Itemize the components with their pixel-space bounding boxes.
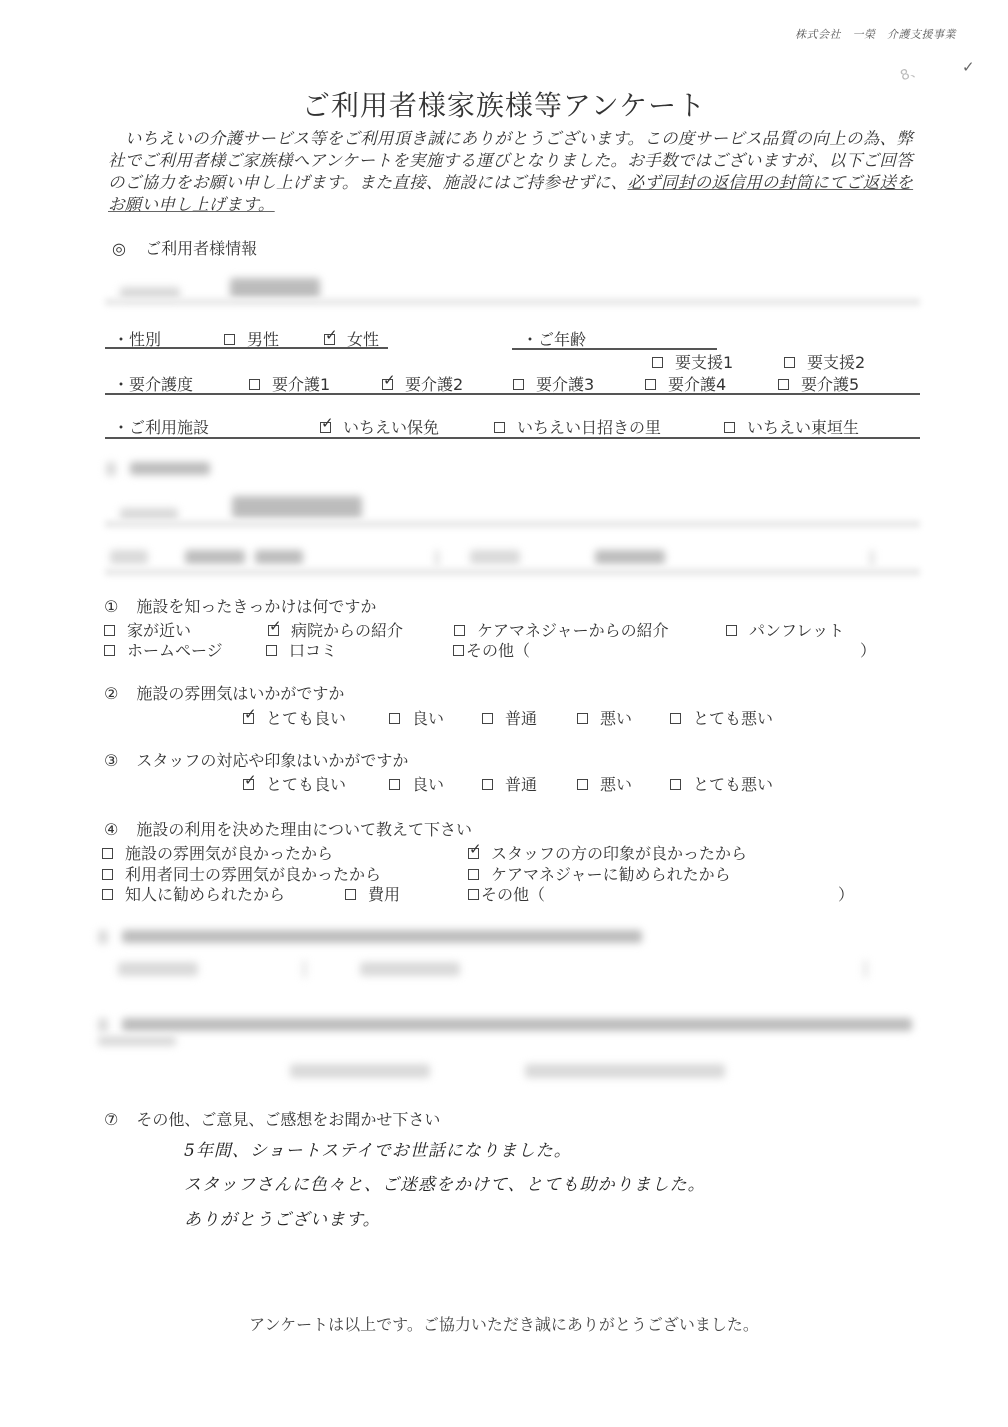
- redacted-field: [110, 550, 148, 564]
- double-circle-icon: ◎: [112, 239, 126, 258]
- family-name-underline: [105, 520, 920, 528]
- checkbox-himaneki[interactable]: [494, 422, 505, 433]
- facility-option-hoben[interactable]: いちえい保免: [320, 415, 439, 438]
- redacted-q5-field: [360, 962, 460, 976]
- redacted-q5-field: [864, 960, 867, 978]
- facility-option-himaneki[interactable]: いちえい日招きの里: [494, 415, 661, 438]
- q1-option-pamphlet[interactable]: パンフレット: [726, 618, 844, 641]
- redacted-q5-number: [98, 930, 108, 944]
- redacted-section-number: [106, 462, 116, 476]
- redacted-section-heading: [130, 462, 210, 475]
- checkbox[interactable]: [482, 779, 493, 790]
- q3-option-very-good[interactable]: とても良い: [243, 772, 346, 795]
- facility-option-higashihabu[interactable]: いちえい東垣生: [724, 415, 859, 438]
- q3-option-good[interactable]: 良い: [389, 772, 444, 795]
- care-option-2[interactable]: 要介護2: [382, 372, 463, 395]
- checkbox[interactable]: [453, 645, 464, 656]
- care-level-label: ・要介護度: [113, 372, 193, 395]
- redacted-family-name-label: [120, 508, 178, 520]
- checkbox-support1[interactable]: [652, 357, 663, 368]
- q4-option-atmosphere[interactable]: 施設の雰囲気が良かったから: [102, 841, 333, 864]
- checkbox-higashihabu[interactable]: [724, 422, 735, 433]
- checkbox[interactable]: [102, 889, 113, 900]
- q4-option-acquaintance[interactable]: 知人に勧められたから: [102, 882, 285, 905]
- facility-label: ・ご利用施設: [113, 415, 209, 438]
- checkbox-checked[interactable]: [468, 848, 479, 859]
- checkbox-female-checked[interactable]: [324, 334, 335, 345]
- redacted-field: [870, 550, 874, 566]
- q2-option-very-bad[interactable]: とても悪い: [670, 706, 773, 729]
- redacted-q6-number: [98, 1018, 108, 1032]
- checkbox-care4[interactable]: [645, 379, 656, 390]
- checkbox-care3[interactable]: [513, 379, 524, 390]
- checkbox[interactable]: [577, 713, 588, 724]
- q2-option-average[interactable]: 普通: [482, 706, 537, 729]
- checkbox[interactable]: [468, 889, 479, 900]
- checkbox-hoben-checked[interactable]: [320, 422, 331, 433]
- checkbox[interactable]: [104, 625, 115, 636]
- q2-option-good[interactable]: 良い: [389, 706, 444, 729]
- checkbox-care1[interactable]: [249, 379, 260, 390]
- question-1-heading: ①施設を知ったきっかけは何ですか: [104, 594, 376, 617]
- checkbox[interactable]: [389, 779, 400, 790]
- name-underline: [105, 298, 920, 306]
- question-7-heading: ⑦その他、ご意見、ご感想をお聞かせ下さい: [104, 1107, 440, 1130]
- question-2-heading: ②施設の雰囲気はいかがですか: [104, 681, 344, 704]
- redacted-family-name-value: [232, 496, 362, 518]
- care-option-4[interactable]: 要介護4: [645, 372, 726, 395]
- checkbox[interactable]: [670, 713, 681, 724]
- q1-option-word-of-mouth[interactable]: 口コミ: [266, 638, 337, 661]
- redacted-q5-field: [303, 960, 306, 978]
- closing-message: アンケートは以上です。ご協力いただき誠にありがとうございました。: [0, 1312, 1008, 1335]
- company-name: 株式会社 一榮 介護支援事業: [795, 26, 956, 42]
- checkbox[interactable]: [577, 779, 588, 790]
- q1-option-other[interactable]: その他（: [453, 638, 530, 661]
- redacted-q5-field: [118, 962, 198, 976]
- checkbox[interactable]: [482, 713, 493, 724]
- checkbox[interactable]: [104, 645, 115, 656]
- checkbox[interactable]: [345, 889, 356, 900]
- q2-option-bad[interactable]: 悪い: [577, 706, 632, 729]
- handwritten-comment-line: 5年間、ショートステイでお世話になりました。: [184, 1136, 572, 1161]
- care-option-3[interactable]: 要介護3: [513, 372, 594, 395]
- checkbox-checked[interactable]: [243, 713, 254, 724]
- q3-option-bad[interactable]: 悪い: [577, 772, 632, 795]
- care-option-1[interactable]: 要介護1: [249, 372, 330, 395]
- relationship-underline: [105, 568, 920, 576]
- check-mark-icon: ✓: [962, 58, 975, 76]
- checkbox[interactable]: [266, 645, 277, 656]
- checkbox[interactable]: [726, 625, 737, 636]
- gender-underline: [105, 347, 388, 349]
- age-label: ・ご年齢: [522, 327, 586, 350]
- checkbox[interactable]: [102, 869, 113, 880]
- q4-option-other[interactable]: その他（: [468, 882, 545, 905]
- q2-option-very-good[interactable]: とても良い: [243, 706, 346, 729]
- handwritten-mark: 8、: [897, 59, 925, 86]
- checkbox-care5[interactable]: [778, 379, 789, 390]
- redacted-field: [435, 550, 439, 566]
- handwritten-comment-line: スタッフさんに色々と、ご迷惑をかけて、とても助かりました。: [184, 1170, 706, 1195]
- facility-underline: [105, 437, 920, 439]
- q1-other-close-paren: ）: [860, 638, 876, 661]
- redacted-q6-text: [98, 1036, 176, 1046]
- care-option-5[interactable]: 要介護5: [778, 372, 859, 395]
- redacted-q6-option: [290, 1064, 430, 1078]
- redacted-q6-text: [122, 1018, 912, 1031]
- redacted-name-value: [230, 278, 320, 298]
- question-4-heading: ④施設の利用を決めた理由について教えて下さい: [104, 817, 472, 840]
- q3-option-average[interactable]: 普通: [482, 772, 537, 795]
- q1-option-homepage[interactable]: ホームページ: [104, 638, 223, 661]
- redacted-field: [595, 550, 665, 564]
- redacted-field: [185, 550, 245, 564]
- checkbox-care2-checked[interactable]: [382, 379, 393, 390]
- question-3-heading: ③スタッフの対応や印象はいかがですか: [104, 748, 408, 771]
- redacted-q5-text: [122, 930, 642, 943]
- checkbox[interactable]: [670, 779, 681, 790]
- redacted-q6-option: [525, 1064, 725, 1078]
- q4-option-cost[interactable]: 費用: [345, 882, 400, 905]
- q4-option-staff-impression[interactable]: スタッフの方の印象が良かったから: [468, 841, 747, 864]
- care-option-support1[interactable]: 要支援1: [652, 350, 733, 373]
- care-level-underline: [105, 393, 920, 395]
- checkbox-male[interactable]: [224, 334, 235, 345]
- checkbox[interactable]: [389, 713, 400, 724]
- checkbox-checked[interactable]: [268, 625, 279, 636]
- checkbox[interactable]: [468, 869, 479, 880]
- care-option-support2[interactable]: 要支援2: [784, 350, 865, 373]
- user-info-heading: ◎ ご利用者様情報: [112, 236, 257, 259]
- redacted-field: [255, 550, 303, 564]
- redacted-field: [470, 550, 520, 564]
- handwritten-comment-line: ありがとうございます。: [184, 1205, 381, 1230]
- page-title: ご利用者様家族様等アンケート: [0, 84, 1008, 124]
- checkbox-checked[interactable]: [243, 779, 254, 790]
- checkbox-support2[interactable]: [784, 357, 795, 368]
- q3-option-very-bad[interactable]: とても悪い: [670, 772, 773, 795]
- checkbox[interactable]: [102, 848, 113, 859]
- intro-paragraph: いちえいの介護サービス等をご利用頂き誠にありがとうございます。この度サービス品質…: [108, 128, 928, 216]
- q4-other-close-paren: ）: [838, 882, 854, 905]
- checkbox[interactable]: [454, 625, 465, 636]
